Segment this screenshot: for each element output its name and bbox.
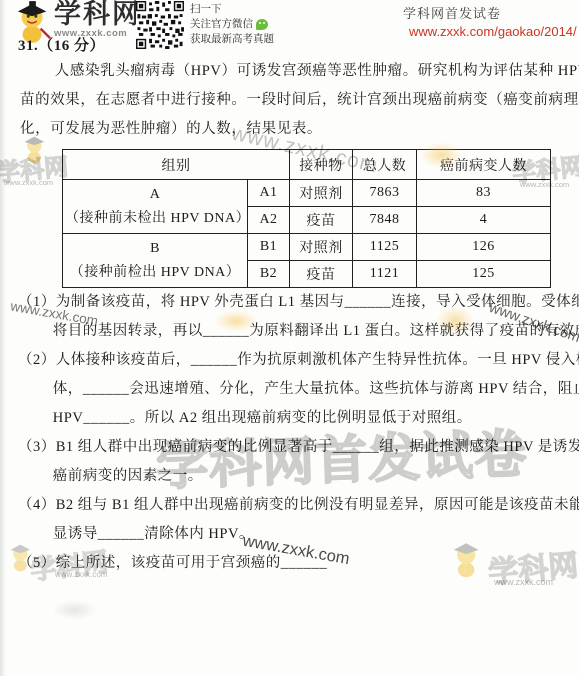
qr-caption-line: 扫一下 xyxy=(190,2,274,17)
watermark-site-name: 学科网 xyxy=(0,147,69,188)
masthead-url: www.zxxk.com/gaokao/2014/ xyxy=(409,24,577,39)
cell-a2-inoculum: 疫苗 xyxy=(290,207,353,234)
cell-b1-id: B1 xyxy=(248,234,290,261)
question-line-2a: （2）人体接种该疫苗后，______作为抗原刺激机体产生特异性抗体。一旦 HPV… xyxy=(18,346,570,375)
intro-line: 苗的效果，在志愿者中进行接种。一段时间后，统计宫颈出现癌前病变（癌变前病理变 xyxy=(20,86,566,115)
qr-caption: 扫一下 关注官方微信 获取最新高考真题 xyxy=(190,2,274,47)
cell-b2-id: B2 xyxy=(248,261,290,288)
scan-smudge xyxy=(52,600,98,620)
cell-b1-lesions: 126 xyxy=(417,234,551,261)
qr-code xyxy=(136,1,184,49)
question-line-2b: 体，______会迅速增殖、分化，产生大量抗体。这些抗体与游离 HPV 结合，阻… xyxy=(18,375,570,404)
cell-a1-inoculum: 对照剂 xyxy=(290,180,353,207)
col-header-lesions: 癌前病变人数 xyxy=(417,150,551,180)
group-cell-a: A （接种前未检出 HPV DNA） xyxy=(63,180,248,234)
question-line-1b: 将目的基因转录，再以______为原料翻译出 L1 蛋白。这样就获得了疫苗的有效… xyxy=(18,317,570,346)
results-table-wrap: 组别 接种物 总人数 癌前病变人数 A （接种前未检出 HPV DNA） A1 … xyxy=(62,149,551,288)
question-line-4b: 显诱导______清除体内 HPV。 xyxy=(18,520,570,549)
cell-a2-id: A2 xyxy=(248,207,290,234)
question-line-4a: （4）B2 组与 B1 组人群中出现癌前病变的比例没有明显差异，原因可能是该疫苗… xyxy=(18,491,570,520)
question-list: （1）为制备该疫苗，将 HPV 外壳蛋白 L1 基因与______连接，导入受体… xyxy=(18,288,570,578)
watermark-site-url: www.zxxk.com xyxy=(494,577,553,587)
question-line-3b: 癌前病变的因素之一。 xyxy=(18,462,570,491)
cell-b2-total: 1121 xyxy=(353,261,417,288)
cell-a2-total: 7848 xyxy=(353,207,417,234)
wechat-icon xyxy=(256,19,268,30)
question-line-1a: （1）为制备该疫苗，将 HPV 外壳蛋白 L1 基因与______连接，导入受体… xyxy=(18,288,570,317)
intro-paragraph: 人感染乳头瘤病毒（HPV）可诱发宫颈癌等恶性肿瘤。研究机构为评估某种 HPV 疫… xyxy=(20,57,566,144)
masthead: 学科网首发试卷 www.zxxk.com/gaokao/2014/ xyxy=(403,3,577,39)
cell-b2-inoculum: 疫苗 xyxy=(290,261,353,288)
results-table: 组别 接种物 总人数 癌前病变人数 A （接种前未检出 HPV DNA） A1 … xyxy=(62,149,551,288)
qr-caption-line: 关注官方微信 xyxy=(190,17,274,32)
question-number: 31.（16 分） xyxy=(18,34,105,55)
cell-b2-lesions: 125 xyxy=(417,261,551,288)
cell-a2-lesions: 4 xyxy=(417,207,551,234)
cell-b1-total: 1125 xyxy=(353,234,417,261)
cell-a1-total: 7863 xyxy=(353,180,417,207)
col-header-group: 组别 xyxy=(63,150,290,180)
qr-caption-line: 获取最新高考真题 xyxy=(190,32,274,47)
cell-a1-lesions: 83 xyxy=(417,180,551,207)
site-name: 学科网 xyxy=(54,0,141,28)
masthead-title: 学科网首发试卷 xyxy=(403,3,577,22)
intro-line: 化，可发展为恶性肿瘤）的人数，结果见表。 xyxy=(20,115,566,144)
col-header-total: 总人数 xyxy=(353,150,417,180)
question-line-3a: （3）B1 组人群中出现癌前病变的比例显著高于______组，据此推测感染 HP… xyxy=(18,433,570,462)
question-line-5: （5）综上所述，该疫苗可用于宫颈癌的______ xyxy=(18,549,570,578)
cell-a1-id: A1 xyxy=(248,180,290,207)
group-cell-b: B （接种前检出 HPV DNA） xyxy=(63,234,248,288)
question-line-2c: HPV______。所以 A2 组出现癌前病变的比例明显低于对照组。 xyxy=(18,404,570,433)
intro-line: 人感染乳头瘤病毒（HPV）可诱发宫颈癌等恶性肿瘤。研究机构为评估某种 HPV 疫 xyxy=(20,57,566,86)
exam-page: 学科网 www.zxxk.com 学科网 www.zxxk.com www.zx… xyxy=(0,0,579,676)
cell-b1-inoculum: 对照剂 xyxy=(290,234,353,261)
watermark-site-url: www.zxxk.com xyxy=(4,178,53,187)
col-header-inoculum: 接种物 xyxy=(290,150,353,180)
